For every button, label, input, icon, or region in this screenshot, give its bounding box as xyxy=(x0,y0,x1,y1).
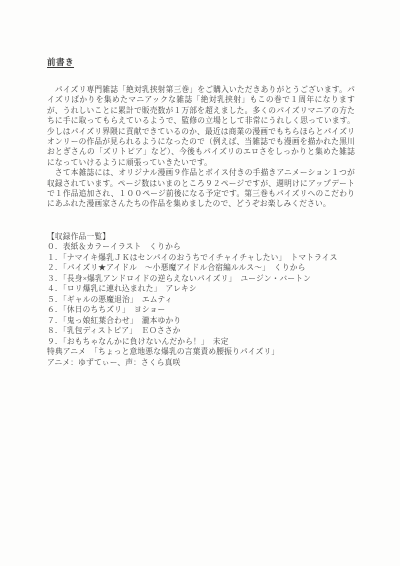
work-item-2: ２．「パイズリ★アイドル ～小悪魔アイドル合宿編ルルス～」 くりから xyxy=(47,263,355,274)
work-item-6: ６．「休日のちちズリ」 ヨショー xyxy=(47,305,355,316)
bonus-credits-line: アニメ：ゆずてぃー、声：さくら真咲 xyxy=(47,358,355,369)
preface-paragraph-2: さて本雑誌には、オリジナル漫画９作品とボイス付きの手描きアニメーション１つが収録… xyxy=(47,168,355,210)
bonus-anime-line: 特典アニメ 「ちょっと意地悪な爆乳の言葉責め腰振りパイズリ」 xyxy=(47,347,355,358)
work-item-8: ８．「乳包ディストピア」 ＥＯささか xyxy=(47,326,355,337)
preface-paragraph-1: パイズリ専門雑誌「絶対乳挟射第三巻」をご購入いただきありがとうございます。パイズ… xyxy=(47,85,355,168)
work-item-0: ０．表紙＆カラーイラスト くりから xyxy=(47,242,355,253)
work-item-5: ５．「ギャルの悪魔退治」 エムティ xyxy=(47,295,355,306)
work-item-7: ７．「鬼っ娘紅葉合わせ」 瀧本ゆかり xyxy=(47,316,355,327)
works-list: 【収録作品一覧】 ０．表紙＆カラーイラスト くりから １．「ナマイキ爆乳ＪＫはセ… xyxy=(47,232,355,368)
page-title: 前書き xyxy=(47,56,355,68)
document-page: 前書き パイズリ専門雑誌「絶対乳挟射第三巻」をご購入いただきありがとうございます… xyxy=(0,0,400,566)
works-list-header: 【収録作品一覧】 xyxy=(47,232,355,242)
work-item-4: ４．「ロリ爆乳に連れ込まれた」 アレキシ xyxy=(47,284,355,295)
work-item-9: ９．「おもちゃなんかに負けないんだから！」 未定 xyxy=(47,337,355,348)
work-item-1: １．「ナマイキ爆乳ＪＫはセンパイのおうちでイチャイチャしたい」 トマトライス xyxy=(47,253,355,264)
page-content: 前書き パイズリ専門雑誌「絶対乳挟射第三巻」をご購入いただきありがとうございます… xyxy=(47,56,355,368)
work-item-3: ３．「長身×爆乳アンドロイドの逆らえないパイズリ」 ユージン・バートン xyxy=(47,274,355,285)
